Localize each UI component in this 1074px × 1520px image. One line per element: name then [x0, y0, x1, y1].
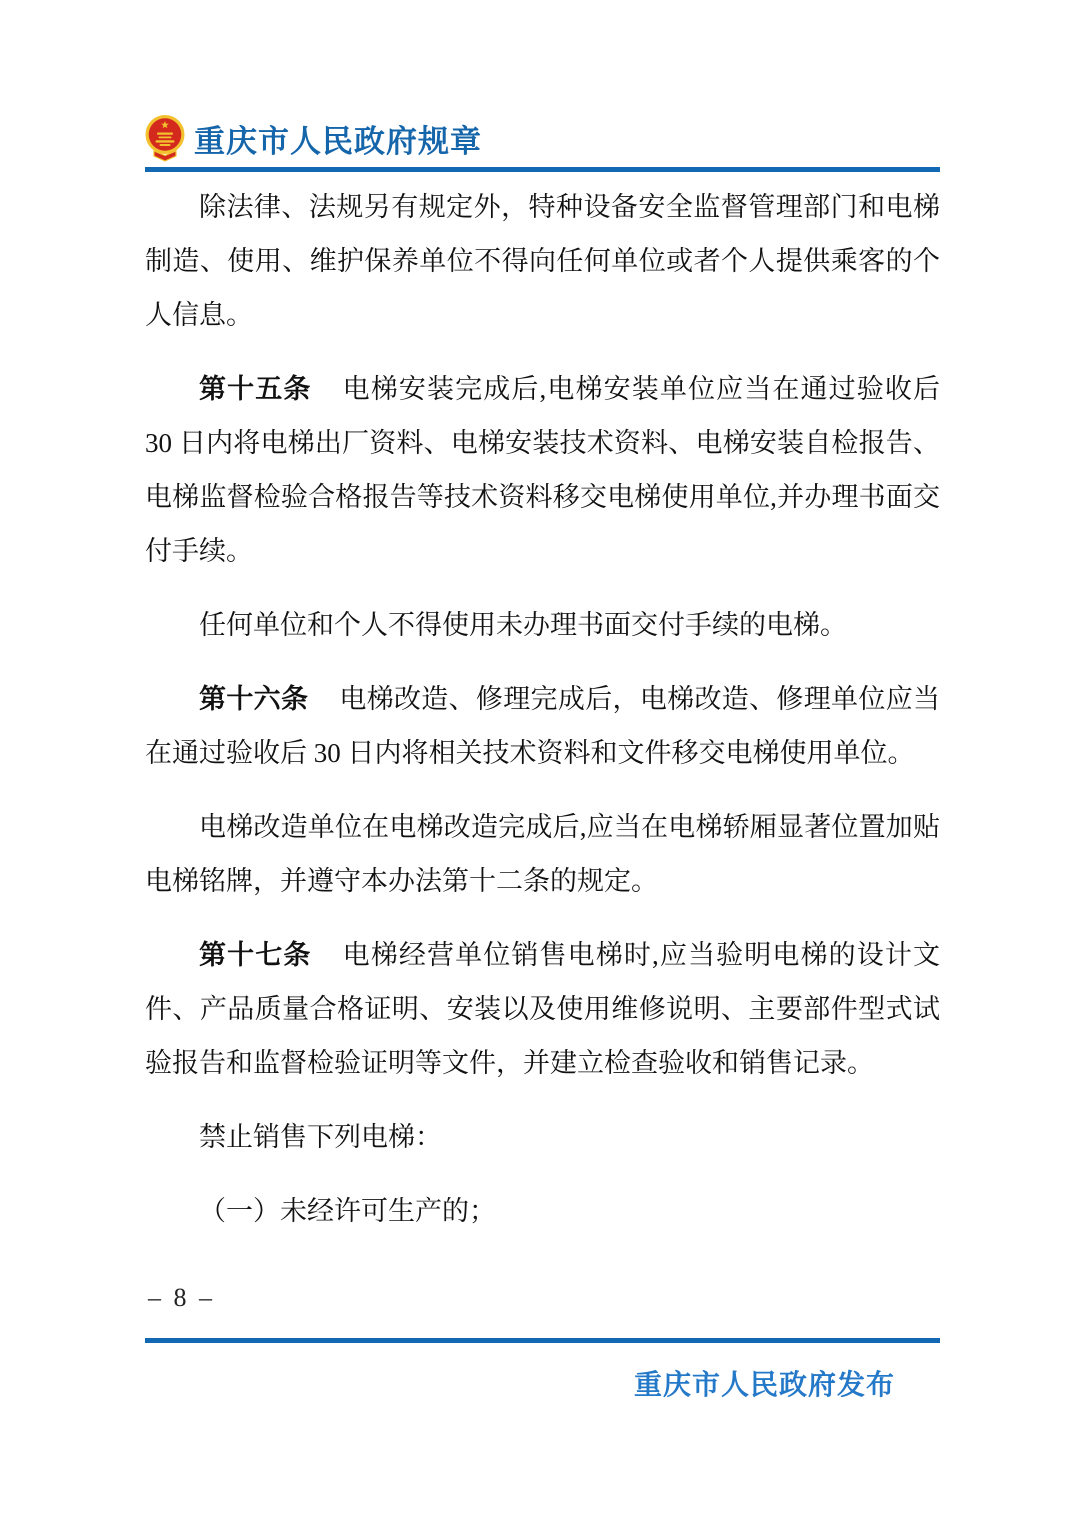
article-number: 第十七条 — [199, 940, 312, 970]
paragraph-text: 禁止销售下列电梯： — [199, 1122, 442, 1152]
paragraph: 第十五条电梯安装完成后,电梯安装单位应当在通过验收后 30 日内将电梯出厂资料、… — [145, 362, 940, 578]
paragraph-text: 除法律、法规另有规定外，特种设备安全监督管理部门和电梯制造、使用、维护保养单位不… — [145, 192, 940, 330]
paragraph-text: （一）未经许可生产的； — [199, 1196, 496, 1226]
page-header-title: 重庆市人民政府规章 — [194, 116, 482, 161]
document-body: 除法律、法规另有规定外，特种设备安全监督管理部门和电梯制造、使用、维护保养单位不… — [145, 180, 940, 1258]
paragraph: 任何单位和个人不得使用未办理书面交付手续的电梯。 — [145, 598, 940, 652]
paragraph: 除法律、法规另有规定外，特种设备安全监督管理部门和电梯制造、使用、维护保养单位不… — [145, 180, 940, 342]
document-page: 重庆市人民政府规章 除法律、法规另有规定外，特种设备安全监督管理部门和电梯制造、… — [0, 0, 1074, 1520]
paragraph: 第十七条电梯经营单位销售电梯时,应当验明电梯的设计文件、产品质量合格证明、安装以… — [145, 928, 940, 1090]
header-divider — [145, 167, 940, 172]
paragraph: 电梯改造单位在电梯改造完成后,应当在电梯轿厢显著位置加贴电梯铭牌，并遵守本办法第… — [145, 800, 940, 908]
publisher-label: 重庆市人民政府发布 — [634, 1363, 895, 1403]
national-emblem-icon — [145, 114, 185, 162]
article-number: 第十六条 — [199, 684, 308, 714]
paragraph-text: 任何单位和个人不得使用未办理书面交付手续的电梯。 — [199, 610, 847, 640]
paragraph: 禁止销售下列电梯： — [145, 1110, 940, 1164]
page-number: – 8 – — [148, 1283, 215, 1313]
footer-divider — [145, 1338, 940, 1343]
paragraph: （一）未经许可生产的； — [145, 1184, 940, 1238]
article-number: 第十五条 — [199, 374, 312, 404]
paragraph-text: 电梯改造单位在电梯改造完成后,应当在电梯轿厢显著位置加贴电梯铭牌，并遵守本办法第… — [145, 812, 940, 896]
page-header: 重庆市人民政府规章 — [145, 114, 940, 162]
paragraph: 第十六条电梯改造、修理完成后，电梯改造、修理单位应当在通过验收后 30 日内将相… — [145, 672, 940, 780]
